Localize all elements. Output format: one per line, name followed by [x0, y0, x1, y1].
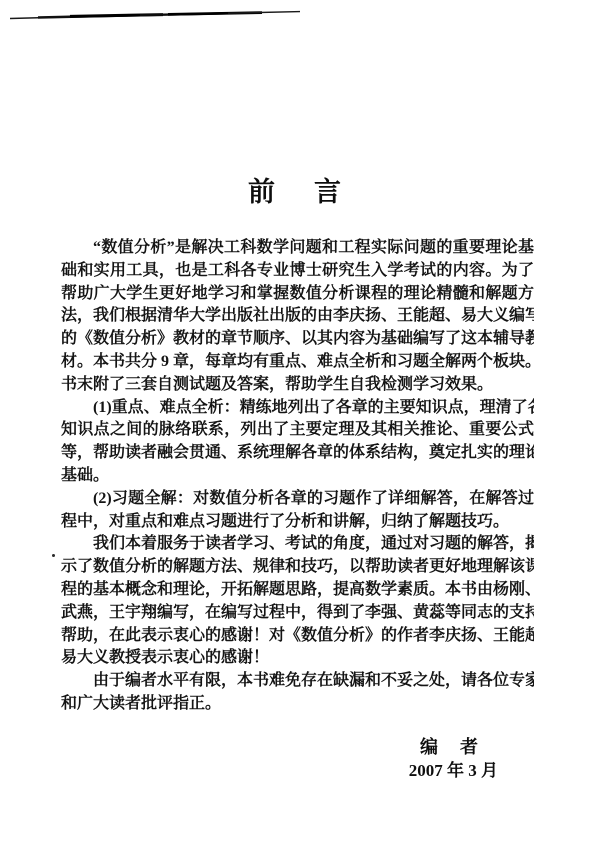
- text-line: 材。本书共分 9 章，每章均有重点、难点全析和习题全解两个板块。: [61, 351, 534, 374]
- page-title: 前 言: [0, 170, 595, 209]
- paragraph-acknowledgements: 我们本着服务于读者学习、考试的角度，通过对习题的解答，揭 示了数值分析的解题方法…: [61, 533, 534, 670]
- paragraph-point-analysis: (1)重点、难点全析：精练地列出了各章的主要知识点，理清了各 知识点之间的脉络联…: [61, 397, 534, 488]
- text-line: 帮助广大学生更好地学习和掌握数值分析课程的理论精髓和解题方: [61, 283, 534, 306]
- paragraph-apology: 由于编者水平有限，本书难免存在缺漏和不妥之处，请各位专家 和广大读者批评指正。: [61, 670, 534, 716]
- paragraph-exercise-solutions: (2)习题全解：对数值分析各章的习题作了详细解答，在解答过 程中，对重点和难点习…: [61, 488, 534, 534]
- text-line: 和广大读者批评指正。: [61, 693, 534, 716]
- text-line: 的《数值分析》教材的章节顺序、以其内容为基础编写了这本辅导教: [61, 328, 534, 351]
- preface-body: “数值分析”是解决工科数学问题和工程实际问题的重要理论基 础和实用工具，也是工科…: [61, 237, 534, 716]
- scan-artifact-line: [0, 0, 595, 26]
- text-line: 程的基本概念和理论，开拓解题思路，提高数学素质。本书由杨刚、: [61, 579, 534, 602]
- text-line: 知识点之间的脉络联系，列出了主要定理及其相关推论、重要公式: [61, 419, 534, 442]
- text-line: 基础。: [61, 465, 534, 488]
- text-line: 程中，对重点和难点习题进行了分析和讲解，归纳了解题技巧。: [61, 511, 534, 534]
- text-line: 示了数值分析的解题方法、规律和技巧，以帮助读者更好地理解该课: [61, 556, 534, 579]
- text-line: 法，我们根据清华大学出版社出版的由李庆扬、王能超、易大义编写: [61, 305, 534, 328]
- signature-author: 编 者: [61, 736, 534, 759]
- ink-speck: [52, 554, 55, 557]
- text-line: 帮助，在此表示衷心的感谢！对《数值分析》的作者李庆扬、王能超、: [61, 625, 534, 648]
- signature-date: 2007 年 3 月: [61, 759, 534, 783]
- preface-page: 前 言 “数值分析”是解决工科数学问题和工程实际问题的重要理论基 础和实用工具，…: [0, 0, 595, 842]
- text-line: 书末附了三套自测试题及答案，帮助学生自我检测学习效果。: [61, 374, 534, 397]
- text-line: 由于编者水平有限，本书难免存在缺漏和不妥之处，请各位专家: [61, 670, 534, 693]
- text-line: 础和实用工具，也是工科各专业博士研究生入学考试的内容。为了: [61, 260, 534, 283]
- text-line: 易大义教授表示衷心的感谢！: [61, 647, 534, 670]
- text-line: (2)习题全解：对数值分析各章的习题作了详细解答，在解答过: [61, 488, 534, 511]
- text-line: 我们本着服务于读者学习、考试的角度，通过对习题的解答，揭: [61, 533, 534, 556]
- text-line: 等，帮助读者融会贯通、系统理解各章的体系结构，奠定扎实的理论: [61, 442, 534, 465]
- text-line: “数值分析”是解决工科数学问题和工程实际问题的重要理论基: [61, 237, 534, 260]
- text-line: (1)重点、难点全析：精练地列出了各章的主要知识点，理清了各: [61, 397, 534, 420]
- signature-block: 编 者 2007 年 3 月: [61, 736, 534, 783]
- paragraph-intro: “数值分析”是解决工科数学问题和工程实际问题的重要理论基 础和实用工具，也是工科…: [61, 237, 534, 397]
- text-line: 武燕，王宇翔编写，在编写过程中，得到了李强、黄蕊等同志的支持和: [61, 602, 534, 625]
